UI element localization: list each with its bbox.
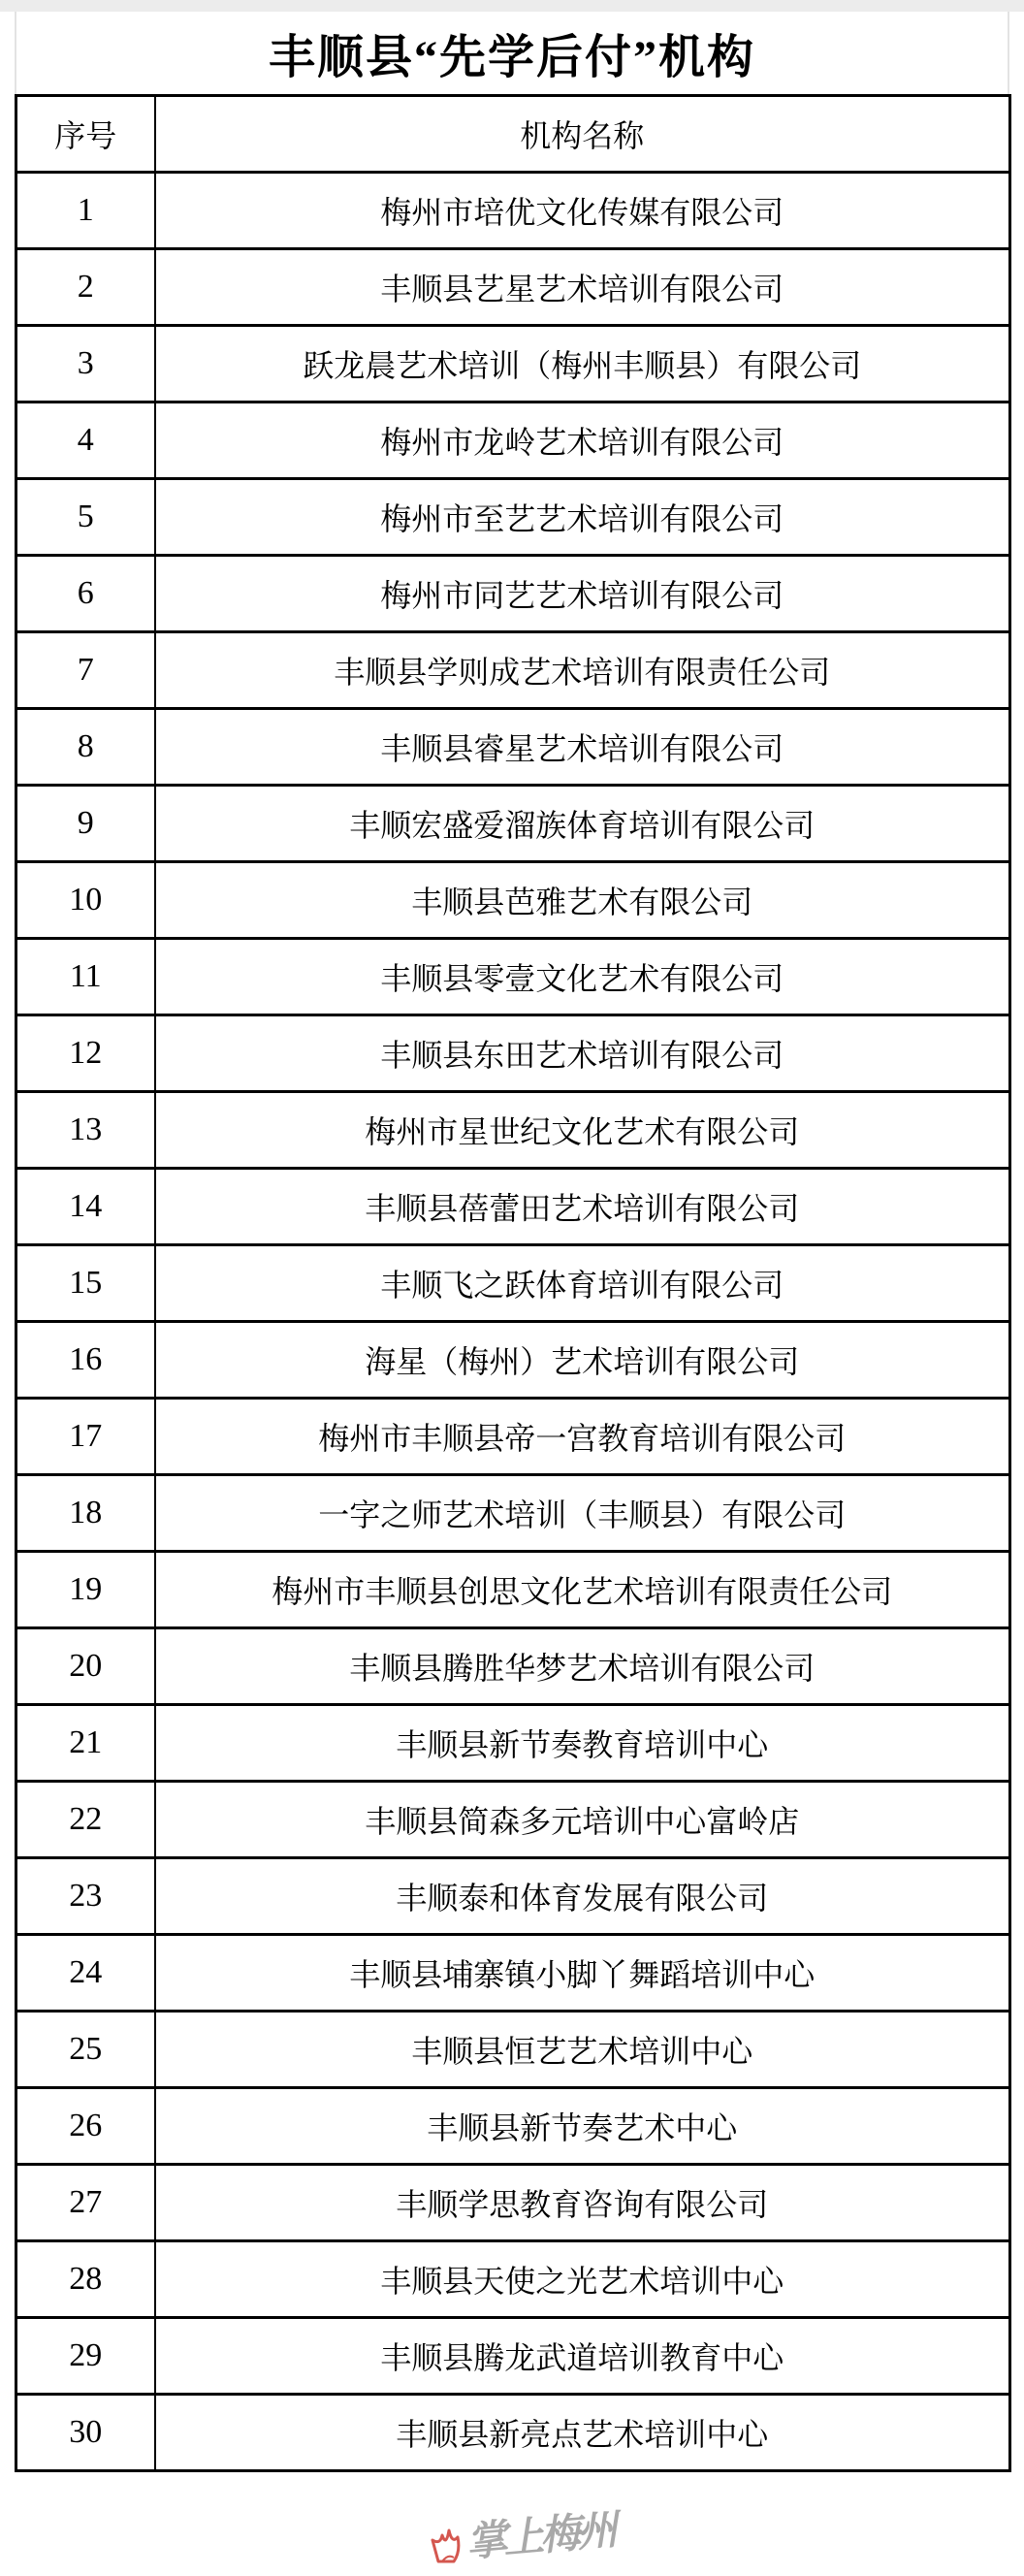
column-header-no: 序号 — [16, 96, 155, 173]
institution-name-cell: 跃龙晨艺术培训（梅州丰顺县）有限公司 — [155, 326, 1010, 402]
row-number-cell: 29 — [16, 2318, 155, 2395]
institution-name-cell: 丰顺宏盛爱溜族体育培训有限公司 — [155, 786, 1010, 862]
institution-name-cell: 丰顺泰和体育发展有限公司 — [155, 1858, 1010, 1935]
table-row: 14 丰顺县蓓蕾田艺术培训有限公司 — [16, 1169, 1010, 1245]
row-number-cell: 5 — [16, 479, 155, 556]
institution-name-cell: 丰顺县艺星艺术培训有限公司 — [155, 249, 1010, 326]
row-number-cell: 30 — [16, 2395, 155, 2471]
row-number-cell: 13 — [16, 1092, 155, 1169]
row-number-cell: 26 — [16, 2088, 155, 2165]
table-row: 30 丰顺县新亮点艺术培训中心 — [16, 2395, 1010, 2471]
table-row: 23 丰顺泰和体育发展有限公司 — [16, 1858, 1010, 1935]
institution-name-cell: 丰顺学思教育咨询有限公司 — [155, 2165, 1010, 2241]
institution-name-cell: 梅州市龙岭艺术培训有限公司 — [155, 402, 1010, 479]
table-row: 29 丰顺县腾龙武道培训教育中心 — [16, 2318, 1010, 2395]
institution-name-cell: 丰顺县蓓蕾田艺术培训有限公司 — [155, 1169, 1010, 1245]
row-number-cell: 12 — [16, 1015, 155, 1092]
institution-name-cell: 梅州市丰顺县帝一宫教育培训有限公司 — [155, 1399, 1010, 1475]
row-number-cell: 11 — [16, 939, 155, 1015]
institution-name-cell: 一字之师艺术培训（丰顺县）有限公司 — [155, 1475, 1010, 1552]
row-number-cell: 7 — [16, 632, 155, 709]
row-number-cell: 6 — [16, 556, 155, 632]
row-number-cell: 3 — [16, 326, 155, 402]
table-row: 4 梅州市龙岭艺术培训有限公司 — [16, 402, 1010, 479]
row-number-cell: 24 — [16, 1935, 155, 2012]
institution-name-cell: 丰顺县简森多元培训中心富岭店 — [155, 1782, 1010, 1858]
table-row: 24 丰顺县埔寨镇小脚丫舞蹈培训中心 — [16, 1935, 1010, 2012]
institution-name-cell: 丰顺县零壹文化艺术有限公司 — [155, 939, 1010, 1015]
row-number-cell: 23 — [16, 1858, 155, 1935]
table-row: 3 跃龙晨艺术培训（梅州丰顺县）有限公司 — [16, 326, 1010, 402]
watermark-text: 掌上梅州 — [464, 2508, 615, 2565]
table-body: 1 梅州市培优文化传媒有限公司 2 丰顺县艺星艺术培训有限公司 3 跃龙晨艺术培… — [16, 173, 1010, 2471]
row-number-cell: 14 — [16, 1169, 155, 1245]
institution-name-cell: 丰顺县腾胜华梦艺术培训有限公司 — [155, 1628, 1010, 1705]
table-row: 17 梅州市丰顺县帝一宫教育培训有限公司 — [16, 1399, 1010, 1475]
row-number-cell: 4 — [16, 402, 155, 479]
table-row: 21 丰顺县新节奏教育培训中心 — [16, 1705, 1010, 1782]
table-row: 18 一字之师艺术培训（丰顺县）有限公司 — [16, 1475, 1010, 1552]
table-row: 27 丰顺学思教育咨询有限公司 — [16, 2165, 1010, 2241]
row-number-cell: 17 — [16, 1399, 155, 1475]
watermark-logo-icon — [430, 2525, 466, 2570]
institution-name-cell: 丰顺县腾龙武道培训教育中心 — [155, 2318, 1010, 2395]
table-row: 10 丰顺县芭雅艺术有限公司 — [16, 862, 1010, 939]
institution-name-cell: 丰顺县新节奏艺术中心 — [155, 2088, 1010, 2165]
row-number-cell: 16 — [16, 1322, 155, 1399]
institution-name-cell: 丰顺县学则成艺术培训有限责任公司 — [155, 632, 1010, 709]
table-row: 19 梅州市丰顺县创思文化艺术培训有限责任公司 — [16, 1552, 1010, 1628]
institution-name-cell: 梅州市丰顺县创思文化艺术培训有限责任公司 — [155, 1552, 1010, 1628]
table-row: 20 丰顺县腾胜华梦艺术培训有限公司 — [16, 1628, 1010, 1705]
row-number-cell: 15 — [16, 1245, 155, 1322]
institution-name-cell: 梅州市星世纪文化艺术有限公司 — [155, 1092, 1010, 1169]
title-bar: 丰顺县“先学后付”机构 — [15, 12, 1009, 94]
page-edge-strip — [0, 0, 1024, 12]
table-row: 22 丰顺县简森多元培训中心富岭店 — [16, 1782, 1010, 1858]
institution-name-cell: 海星（梅州）艺术培训有限公司 — [155, 1322, 1010, 1399]
row-number-cell: 20 — [16, 1628, 155, 1705]
row-number-cell: 19 — [16, 1552, 155, 1628]
table-row: 7 丰顺县学则成艺术培训有限责任公司 — [16, 632, 1010, 709]
institution-name-cell: 梅州市培优文化传媒有限公司 — [155, 173, 1010, 249]
institution-name-cell: 丰顺县睿星艺术培训有限公司 — [155, 709, 1010, 786]
table-row: 2 丰顺县艺星艺术培训有限公司 — [16, 249, 1010, 326]
institution-name-cell: 丰顺县新节奏教育培训中心 — [155, 1705, 1010, 1782]
row-number-cell: 18 — [16, 1475, 155, 1552]
table-row: 6 梅州市同艺艺术培训有限公司 — [16, 556, 1010, 632]
table-row: 15 丰顺飞之跃体育培训有限公司 — [16, 1245, 1010, 1322]
row-number-cell: 9 — [16, 786, 155, 862]
table-row: 9 丰顺宏盛爱溜族体育培训有限公司 — [16, 786, 1010, 862]
row-number-cell: 27 — [16, 2165, 155, 2241]
row-number-cell: 22 — [16, 1782, 155, 1858]
table-row: 16 海星（梅州）艺术培训有限公司 — [16, 1322, 1010, 1399]
table-row: 1 梅州市培优文化传媒有限公司 — [16, 173, 1010, 249]
row-number-cell: 10 — [16, 862, 155, 939]
column-header-name: 机构名称 — [155, 96, 1010, 173]
table-row: 13 梅州市星世纪文化艺术有限公司 — [16, 1092, 1010, 1169]
row-number-cell: 21 — [16, 1705, 155, 1782]
institution-name-cell: 丰顺县恒艺艺术培训中心 — [155, 2012, 1010, 2088]
table-row: 11 丰顺县零壹文化艺术有限公司 — [16, 939, 1010, 1015]
row-number-cell: 2 — [16, 249, 155, 326]
page-title: 丰顺县“先学后付”机构 — [269, 19, 755, 86]
institution-name-cell: 丰顺飞之跃体育培训有限公司 — [155, 1245, 1010, 1322]
institution-name-cell: 丰顺县新亮点艺术培训中心 — [155, 2395, 1010, 2471]
institution-name-cell: 丰顺县天使之光艺术培训中心 — [155, 2241, 1010, 2318]
table-row: 26 丰顺县新节奏艺术中心 — [16, 2088, 1010, 2165]
institution-name-cell: 丰顺县东田艺术培训有限公司 — [155, 1015, 1010, 1092]
watermark: 掌上梅州 — [430, 2515, 614, 2570]
row-number-cell: 8 — [16, 709, 155, 786]
table-row: 8 丰顺县睿星艺术培训有限公司 — [16, 709, 1010, 786]
institution-name-cell: 丰顺县埔寨镇小脚丫舞蹈培训中心 — [155, 1935, 1010, 2012]
table-row: 25 丰顺县恒艺艺术培训中心 — [16, 2012, 1010, 2088]
table-row: 12 丰顺县东田艺术培训有限公司 — [16, 1015, 1010, 1092]
institution-name-cell: 梅州市同艺艺术培训有限公司 — [155, 556, 1010, 632]
institution-table: 序号 机构名称 1 梅州市培优文化传媒有限公司 2 丰顺县艺星艺术培训有限公司 … — [15, 94, 1011, 2472]
row-number-cell: 25 — [16, 2012, 155, 2088]
row-number-cell: 28 — [16, 2241, 155, 2318]
header-row: 序号 机构名称 — [16, 96, 1010, 173]
row-number-cell: 1 — [16, 173, 155, 249]
page: 丰顺县“先学后付”机构 序号 机构名称 1 梅州市培优文化传媒有限公司 2 丰顺… — [0, 0, 1024, 2576]
table-row: 5 梅州市至艺艺术培训有限公司 — [16, 479, 1010, 556]
institution-name-cell: 梅州市至艺艺术培训有限公司 — [155, 479, 1010, 556]
institution-name-cell: 丰顺县芭雅艺术有限公司 — [155, 862, 1010, 939]
table-row: 28 丰顺县天使之光艺术培训中心 — [16, 2241, 1010, 2318]
